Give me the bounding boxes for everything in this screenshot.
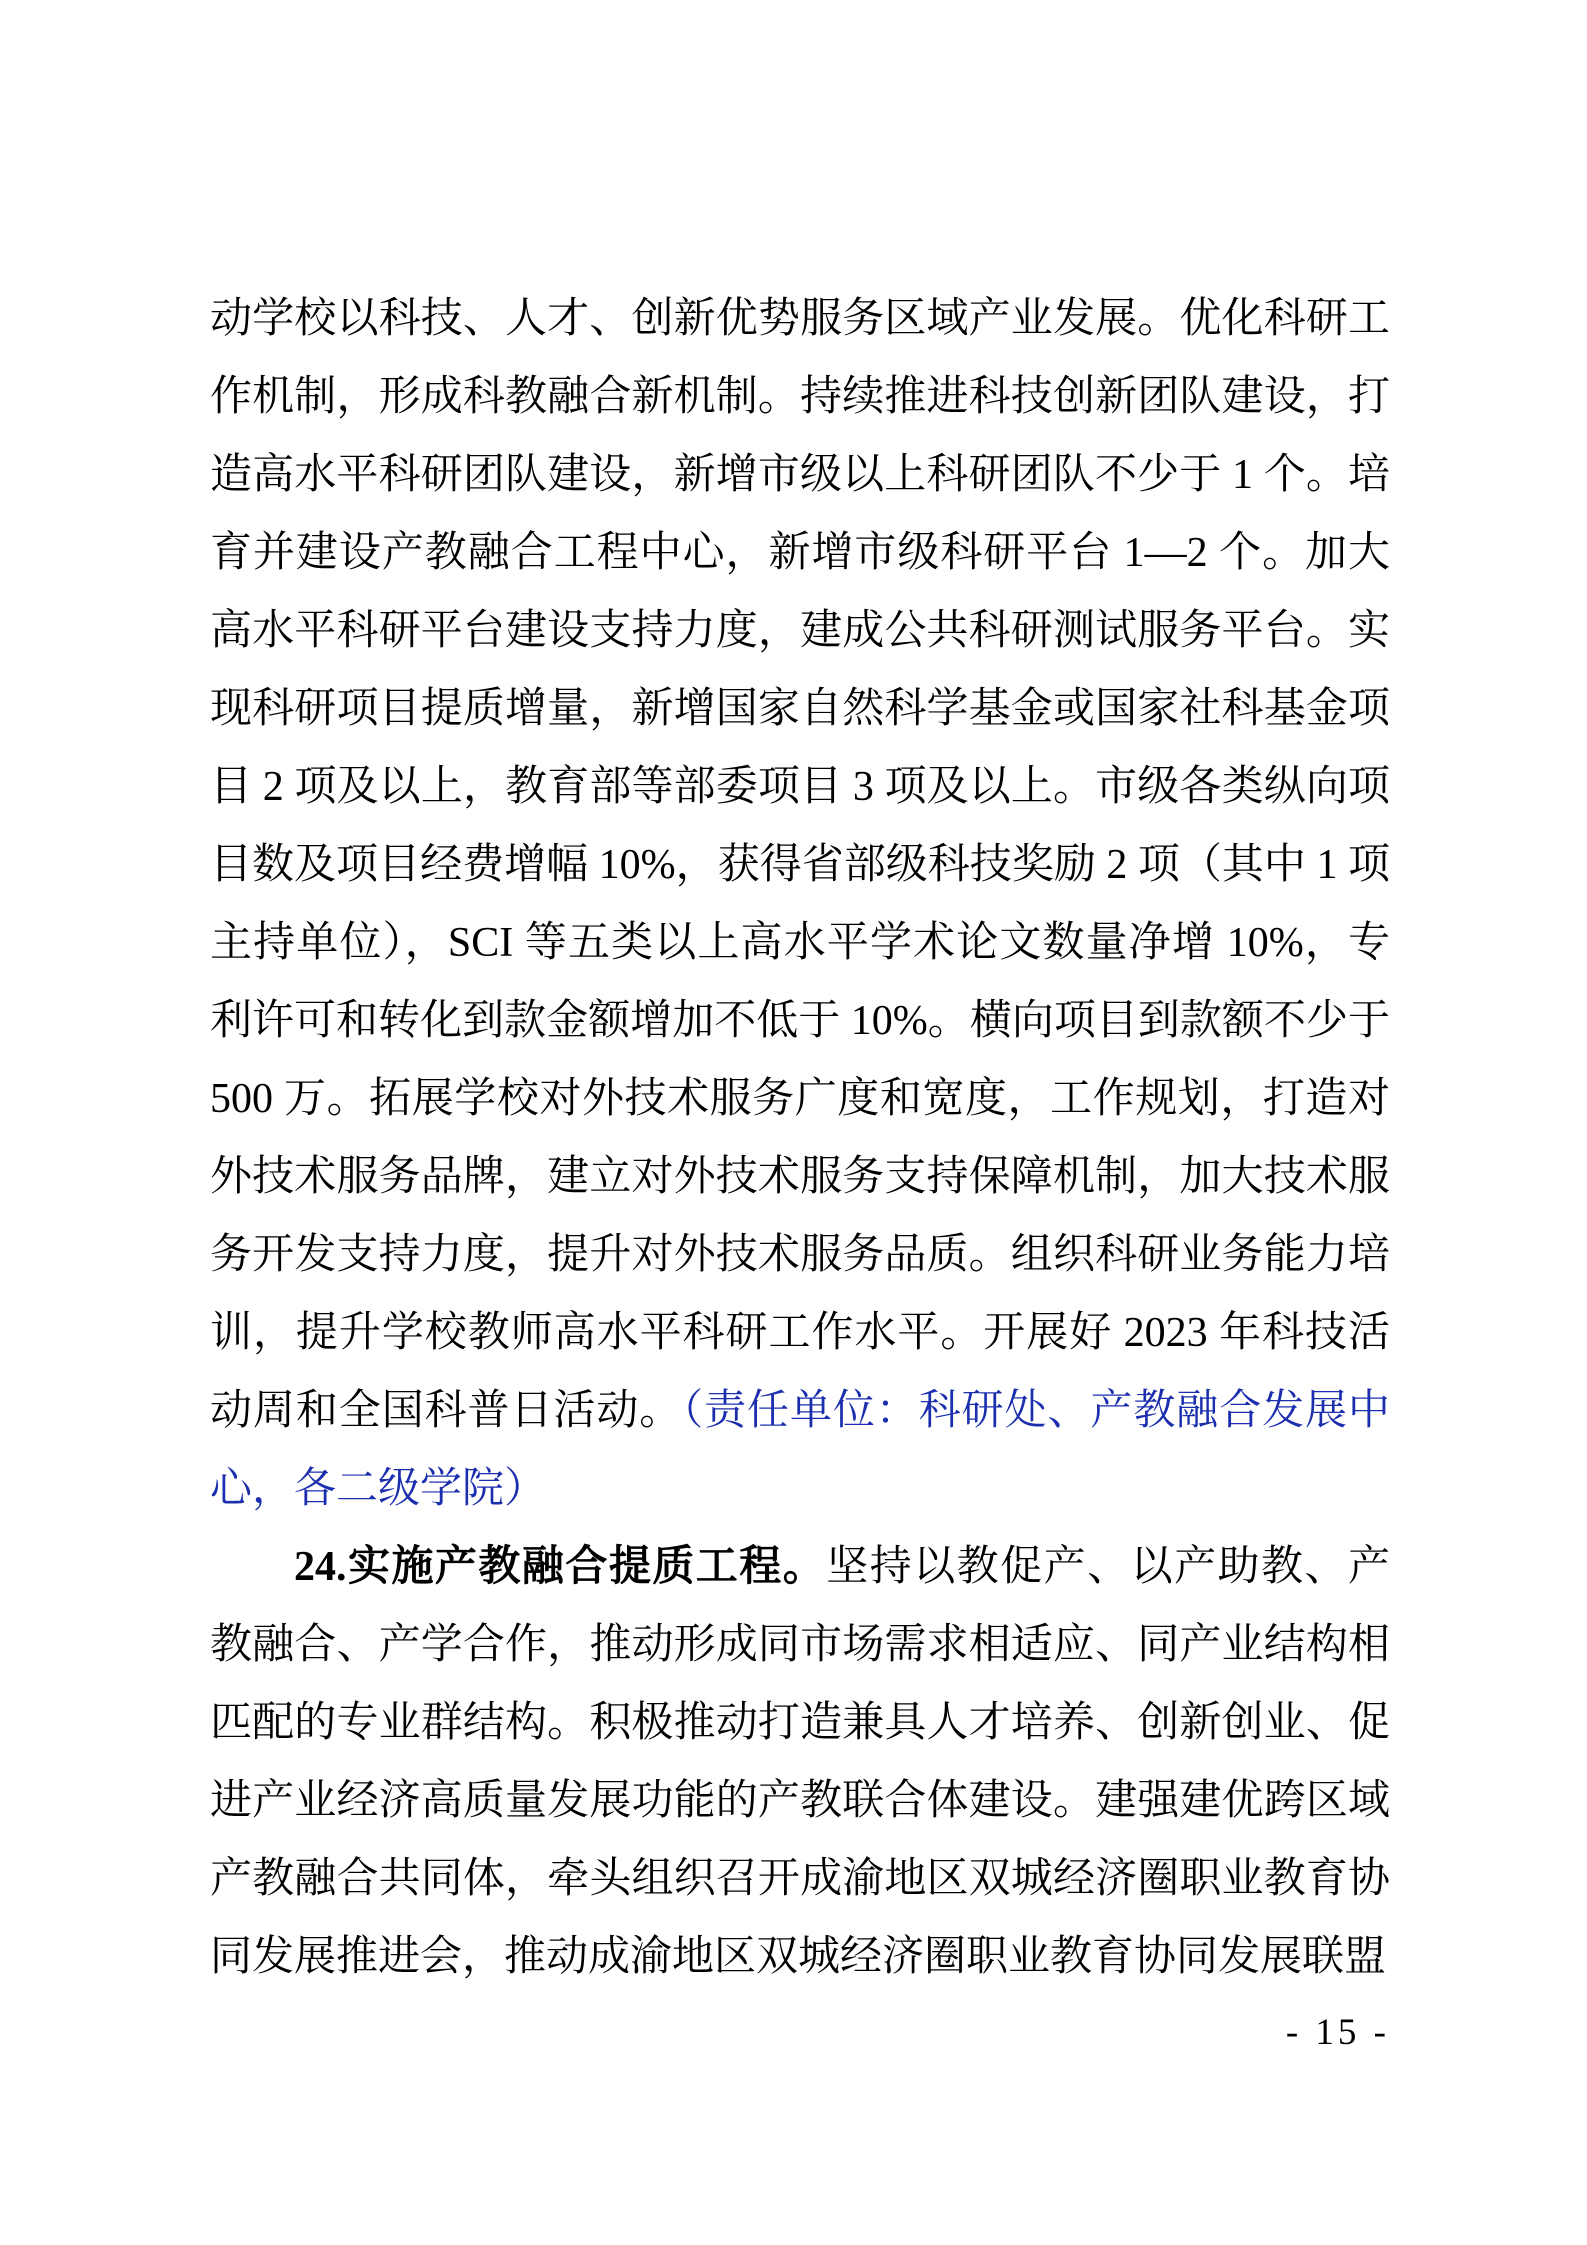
page-number: - 15 - bbox=[210, 2012, 1390, 2054]
paragraph-1-body-text: 动学校以科技、人才、创新优势服务区域产业发展。优化科研工作机制，形成科教融合新机… bbox=[210, 296, 1390, 1434]
item-24-body-text: 坚持以教促产、以产助教、产教融合、产学合作，推动形成同市场需求相适应、同产业结构… bbox=[210, 1544, 1390, 1980]
paragraph-continuation: 动学校以科技、人才、创新优势服务区域产业发展。优化科研工作机制，形成科教融合新机… bbox=[210, 280, 1390, 1528]
paragraph-item-24: 24.实施产教融合提质工程。坚持以教促产、以产助教、产教融合、产学合作，推动形成… bbox=[210, 1528, 1390, 1996]
document-page: 动学校以科技、人才、创新优势服务区域产业发展。优化科研工作机制，形成科教融合新机… bbox=[210, 280, 1390, 1996]
item-24-heading: 24.实施产教融合提质工程。 bbox=[294, 1544, 826, 1590]
